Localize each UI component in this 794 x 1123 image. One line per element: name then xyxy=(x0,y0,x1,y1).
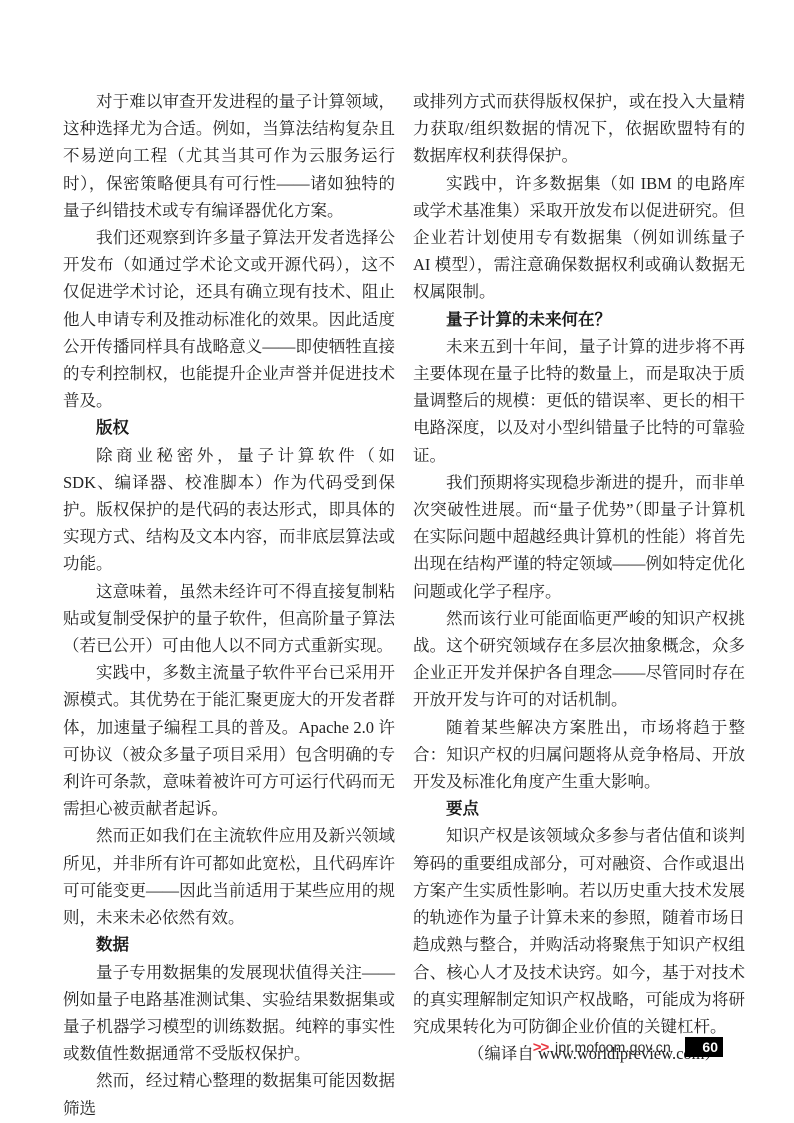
double-chevron-icon: >> xyxy=(533,1039,549,1056)
section-heading: 量子计算的未来何在？ xyxy=(413,306,745,333)
page-footer: >> ipr.mofcom.gov.cn 60 xyxy=(533,1036,724,1058)
document-page: 对于难以审查开发进程的量子计算领域，这种选择尤为合适。例如，当算法结构复杂且不易… xyxy=(0,0,794,1123)
body-paragraph: 实践中，多数主流量子软件平台已采用开源模式。其优势在于能汇聚更庞大的开发者群体，… xyxy=(63,659,395,822)
body-paragraph: 我们预期将实现稳步渐进的提升，而非单次突破性进展。而“量子优势”（即量子计算机在… xyxy=(413,469,745,605)
section-heading: 数据 xyxy=(63,931,395,958)
left-column: 对于难以审查开发进程的量子计算领域，这种选择尤为合适。例如，当算法结构复杂且不易… xyxy=(63,88,395,1122)
section-heading: 要点 xyxy=(413,795,745,822)
body-paragraph: 知识产权是该领域众多参与者估值和谈判筹码的重要组成部分，可对融资、合作或退出方案… xyxy=(413,822,745,1040)
footer-site-url: ipr.mofcom.gov.cn xyxy=(555,1039,671,1055)
body-paragraph: 除商业秘密外，量子计算软件（如 SDK、编译器、校准脚本）作为代码受到保护。版权… xyxy=(63,442,395,578)
body-paragraph: 我们还观察到许多量子算法开发者选择公开发布（如通过学术论文或开源代码），这不仅促… xyxy=(63,224,395,414)
body-paragraph: 实践中，许多数据集（如 IBM 的电路库或学术基准集）采取开放发布以促进研究。但… xyxy=(413,170,745,306)
body-paragraph: 然而，经过精心整理的数据集可能因数据筛选 xyxy=(63,1067,395,1121)
body-paragraph: 对于难以审查开发进程的量子计算领域，这种选择尤为合适。例如，当算法结构复杂且不易… xyxy=(63,88,395,224)
body-paragraph: 未来五到十年间，量子计算的进步将不再主要体现在量子比特的数量上，而是取决于质量调… xyxy=(413,333,745,469)
right-column: 或排列方式而获得版权保护，或在投入大量精力获取/组织数据的情况下，依据欧盟特有的… xyxy=(413,88,745,1122)
page-number-badge: 60 xyxy=(685,1037,723,1057)
body-paragraph: 这意味着，虽然未经许可不得直接复制粘贴或复制受保护的量子软件，但高阶量子算法（若… xyxy=(63,578,395,660)
body-paragraph: 然而正如我们在主流软件应用及新兴领域所见，并非所有许可都如此宽松，且代码库许可可… xyxy=(63,822,395,931)
body-paragraph: 量子专用数据集的发展现状值得关注——例如量子电路基准测试集、实验结果数据集或量子… xyxy=(63,959,395,1068)
article-body: 对于难以审查开发进程的量子计算领域，这种选择尤为合适。例如，当算法结构复杂且不易… xyxy=(63,88,746,1122)
body-paragraph: 随着某些解决方案胜出，市场将趋于整合：知识产权的归属问题将从竞争格局、开放开发及… xyxy=(413,714,745,796)
body-paragraph: 然而该行业可能面临更严峻的知识产权挑战。这个研究领域存在多层次抽象概念，众多企业… xyxy=(413,605,745,714)
body-paragraph: 或排列方式而获得版权保护，或在投入大量精力获取/组织数据的情况下，依据欧盟特有的… xyxy=(413,88,745,170)
section-heading: 版权 xyxy=(63,414,395,441)
